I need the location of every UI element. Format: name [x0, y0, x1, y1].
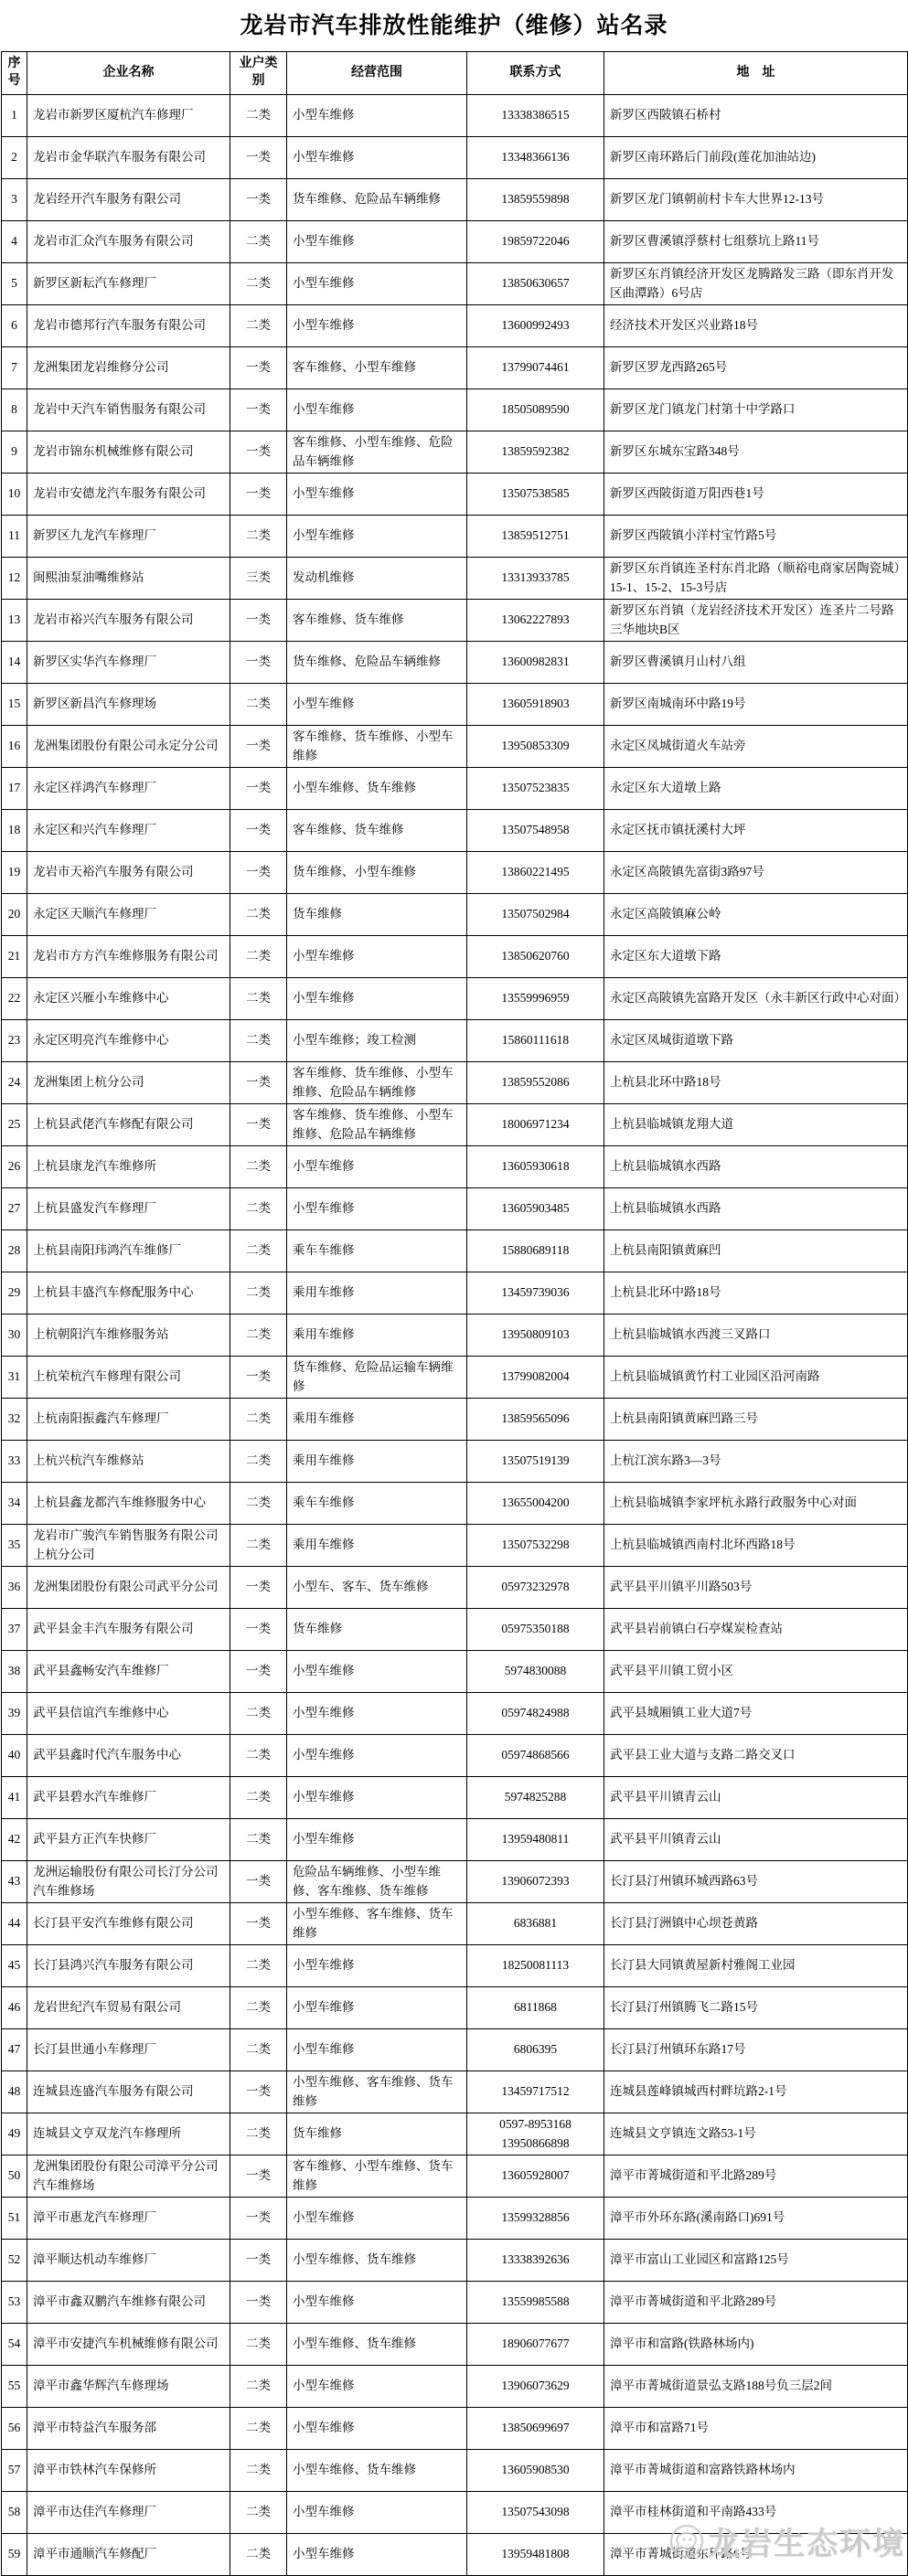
- cell-serial: 51: [2, 2198, 27, 2240]
- cell-contact: 19859722046: [467, 221, 604, 263]
- cell-company-name: 武平县金丰汽车服务有限公司: [27, 1609, 230, 1651]
- cell-address: 新罗区东肖镇（龙岩经济技术开发区）连圣片二号路三华地块B区: [604, 600, 908, 642]
- cell-address: 永定区高陂镇先富路开发区（永丰新区行政中心对面）: [604, 978, 908, 1020]
- cell-serial: 58: [2, 2492, 27, 2534]
- cell-serial: 20: [2, 894, 27, 936]
- table-row: 49连城县文亨双龙汽车修理所二类货车维修0597-8953168 1395086…: [2, 2113, 908, 2156]
- table-row: 50龙洲集团股份有限公司漳平分公司汽车维修场一类客车维修、小型车维修、货车维修1…: [2, 2156, 908, 2198]
- table-row: 3龙岩经开汽车服务有限公司一类货车维修、危险品车辆维修13859559898新罗…: [2, 179, 908, 221]
- cell-address: 武平县平川镇青云山: [604, 1819, 908, 1861]
- cell-address: 永定区高陂镇先富街3路97号: [604, 852, 908, 894]
- cell-address: 上杭县临城镇水西路: [604, 1146, 908, 1188]
- cell-category: 一类: [230, 431, 287, 474]
- cell-address: 上杭县临城镇西南村北环西路18号: [604, 1525, 908, 1567]
- cell-contact: 13507543098: [467, 2492, 604, 2534]
- cell-category: 二类: [230, 2029, 287, 2071]
- cell-serial: 5: [2, 263, 27, 305]
- cell-business-scope: 货车维修: [287, 1609, 467, 1651]
- cell-address: 新罗区南城南环中路19号: [604, 684, 908, 726]
- cell-category: 一类: [230, 726, 287, 768]
- cell-category: 二类: [230, 1441, 287, 1483]
- cell-address: 长汀县汀州镇环东路17号: [604, 2029, 908, 2071]
- table-row: 57漳平市铁林汽车保修所二类小型车维修、货车维修13605908530漳平市菁城…: [2, 2450, 908, 2492]
- cell-category: 一类: [230, 768, 287, 810]
- cell-category: 一类: [230, 474, 287, 516]
- table-row: 20永定区天顺汽车修理厂二类货车维修13507502984永定区高陂镇麻公岭: [2, 894, 908, 936]
- table-row: 31上杭荣杭汽车修理有限公司一类货车维修、危险品运输车辆维修1379908200…: [2, 1357, 908, 1399]
- cell-serial: 40: [2, 1735, 27, 1777]
- cell-business-scope: 小型车维修: [287, 137, 467, 179]
- cell-category: 二类: [230, 2534, 287, 2576]
- cell-company-name: 龙岩市金华联汽车服务有限公司: [27, 137, 230, 179]
- cell-category: 二类: [230, 1819, 287, 1861]
- cell-serial: 28: [2, 1230, 27, 1272]
- cell-company-name: 新罗区九龙汽车修理厂: [27, 516, 230, 558]
- cell-category: 二类: [230, 1987, 287, 2029]
- cell-category: 二类: [230, 684, 287, 726]
- cell-company-name: 龙岩市安德龙汽车服务有限公司: [27, 474, 230, 516]
- cell-business-scope: 小型车维修: [287, 389, 467, 431]
- table-row: 52漳平顺达机动车维修厂一类小型车维修、货车维修13338392636漳平市富山…: [2, 2240, 908, 2282]
- cell-business-scope: 货车维修、危险品车辆维修: [287, 642, 467, 684]
- cell-serial: 12: [2, 558, 27, 600]
- table-row: 12闽熙油泵油嘴维修站三类发动机维修13313933785新罗区东肖镇连圣村东肖…: [2, 558, 908, 600]
- table-row: 32上杭南阳振鑫汽车修理厂二类乘用车维修13859565096上杭县南阳镇黄麻凹…: [2, 1399, 908, 1441]
- cell-address: 永定区凤城街道火车站旁: [604, 726, 908, 768]
- cell-serial: 18: [2, 810, 27, 852]
- cell-contact: 13507538585: [467, 474, 604, 516]
- cell-company-name: 上杭荣杭汽车修理有限公司: [27, 1357, 230, 1399]
- stations-table: 序号 企业名称 业户类别 经营范围 联系方式 地 址 1龙岩市新罗区厦杭汽车修理…: [1, 51, 908, 2576]
- cell-address: 长汀县大同镇黄屋新村雅阁工业园: [604, 1945, 908, 1987]
- cell-company-name: 上杭县盛发汽车修理厂: [27, 1188, 230, 1230]
- cell-company-name: 上杭兴杭汽车维修站: [27, 1441, 230, 1483]
- table-row: 14新罗区实华汽车修理厂一类货车维修、危险品车辆维修13600982831新罗区…: [2, 642, 908, 684]
- cell-category: 二类: [230, 1146, 287, 1188]
- cell-company-name: 新罗区实华汽车修理厂: [27, 642, 230, 684]
- cell-business-scope: 客车维修、货车维修、小型车维修、危险品车辆维修: [287, 1062, 467, 1104]
- cell-company-name: 龙岩中天汽车销售服务有限公司: [27, 389, 230, 431]
- cell-business-scope: 客车维修、货车维修、小型车维修: [287, 726, 467, 768]
- cell-business-scope: 小型车维修: [287, 305, 467, 347]
- cell-contact: 13655004200: [467, 1483, 604, 1525]
- cell-company-name: 龙洲运输股份有限公司长汀分公司汽车维修场: [27, 1861, 230, 1903]
- cell-company-name: 漳平市通顺汽车修配厂: [27, 2534, 230, 2576]
- cell-serial: 41: [2, 1777, 27, 1819]
- cell-address: 上杭县临城镇水西渡三叉路口: [604, 1315, 908, 1357]
- cell-serial: 39: [2, 1693, 27, 1735]
- cell-address: 新罗区龙门镇龙门村第十中学路口: [604, 389, 908, 431]
- cell-contact: 13959480811: [467, 1819, 604, 1861]
- table-row: 51漳平市惠龙汽车修理厂一类小型车维修13599328856漳平市外环东路(溪南…: [2, 2198, 908, 2240]
- cell-address: 连城县莲峰镇城西村畔坑路2-1号: [604, 2071, 908, 2113]
- table-row: 18永定区和兴汽车修理厂一类客车维修、货车维修13507548958永定区抚市镇…: [2, 810, 908, 852]
- table-row: 48连城县连盛汽车服务有限公司一类小型车维修、客车维修、货车维修13459717…: [2, 2071, 908, 2113]
- cell-business-scope: 小型车维修: [287, 1735, 467, 1777]
- cell-contact: 13062227893: [467, 600, 604, 642]
- header-serial: 序号: [2, 52, 27, 95]
- cell-address: 新罗区南环路后门前段(莲花加油站边): [604, 137, 908, 179]
- cell-serial: 49: [2, 2113, 27, 2156]
- cell-contact: 13859552086: [467, 1062, 604, 1104]
- cell-serial: 9: [2, 431, 27, 474]
- cell-category: 二类: [230, 1945, 287, 1987]
- cell-address: 漳平市菁城街道东环路6号: [604, 2534, 908, 2576]
- cell-address: 永定区东大道墩下路: [604, 936, 908, 978]
- cell-category: 二类: [230, 1777, 287, 1819]
- cell-company-name: 武平县方正汽车快修厂: [27, 1819, 230, 1861]
- table-row: 36龙洲集团股份有限公司武平分公司一类小型车、客车、货车维修0597323297…: [2, 1567, 908, 1609]
- cell-address: 新罗区龙门镇朝前村卡车大世界12-13号: [604, 179, 908, 221]
- cell-address: 漳平市菁城街道和富路铁路林场内: [604, 2450, 908, 2492]
- cell-category: 一类: [230, 852, 287, 894]
- cell-serial: 55: [2, 2366, 27, 2408]
- cell-serial: 43: [2, 1861, 27, 1903]
- cell-serial: 57: [2, 2450, 27, 2492]
- cell-company-name: 上杭县康龙汽车维修所: [27, 1146, 230, 1188]
- cell-category: 一类: [230, 179, 287, 221]
- cell-company-name: 长汀县平安汽车维修有限公司: [27, 1903, 230, 1945]
- cell-serial: 31: [2, 1357, 27, 1399]
- cell-serial: 16: [2, 726, 27, 768]
- table-row: 30上杭朝阳汽车维修服务站二类乘用车维修13950809103上杭县临城镇水西渡…: [2, 1315, 908, 1357]
- cell-company-name: 永定区天顺汽车修理厂: [27, 894, 230, 936]
- cell-address: 漳平市外环东路(溪南路口)691号: [604, 2198, 908, 2240]
- cell-contact: 05973232978: [467, 1567, 604, 1609]
- cell-business-scope: 小型车维修: [287, 1987, 467, 2029]
- cell-category: 一类: [230, 642, 287, 684]
- table-row: 6龙岩市德邦行汽车服务有限公司二类小型车维修13600992493经济技术开发区…: [2, 305, 908, 347]
- cell-company-name: 龙岩市裕兴汽车服务有限公司: [27, 600, 230, 642]
- table-row: 43龙洲运输股份有限公司长汀分公司汽车维修场一类危险品车辆维修、小型车维修、客车…: [2, 1861, 908, 1903]
- table-row: 13龙岩市裕兴汽车服务有限公司一类客车维修、货车维修13062227893新罗区…: [2, 600, 908, 642]
- cell-address: 漳平市和富路71号: [604, 2408, 908, 2450]
- cell-business-scope: 小型车维修、客车维修、货车维修: [287, 2071, 467, 2113]
- cell-address: 新罗区西陂镇石桥村: [604, 95, 908, 137]
- table-row: 8龙岩中天汽车销售服务有限公司一类小型车维修18505089590新罗区龙门镇龙…: [2, 389, 908, 431]
- header-address: 地 址: [604, 52, 908, 95]
- cell-contact: 13459739036: [467, 1272, 604, 1315]
- cell-address: 漳平市菁城街道和平北路289号: [604, 2282, 908, 2324]
- cell-contact: 18250081113: [467, 1945, 604, 1987]
- cell-company-name: 龙岩市天裕汽车服务有限公司: [27, 852, 230, 894]
- cell-contact: 13950853309: [467, 726, 604, 768]
- cell-contact: 13959481808: [467, 2534, 604, 2576]
- cell-serial: 44: [2, 1903, 27, 1945]
- cell-company-name: 永定区兴雁小车维修中心: [27, 978, 230, 1020]
- cell-company-name: 连城县连盛汽车服务有限公司: [27, 2071, 230, 2113]
- cell-company-name: 漳平市特益汽车服务部: [27, 2408, 230, 2450]
- cell-contact: 13459717512: [467, 2071, 604, 2113]
- cell-category: 二类: [230, 1315, 287, 1357]
- cell-category: 一类: [230, 137, 287, 179]
- cell-address: 新罗区罗龙西路265号: [604, 347, 908, 389]
- cell-contact: 0597-8953168 13950866898: [467, 2113, 604, 2156]
- cell-company-name: 龙岩市方方汽车维修服务有限公司: [27, 936, 230, 978]
- table-row: 34上杭县鑫龙都汽车维修服务中心二类乘车车维修13655004200上杭县临城镇…: [2, 1483, 908, 1525]
- cell-address: 上杭县南阳镇黄麻凹: [604, 1230, 908, 1272]
- cell-serial: 46: [2, 1987, 27, 2029]
- cell-company-name: 漳平顺达机动车维修厂: [27, 2240, 230, 2282]
- table-row: 47长汀县世通小车修理厂二类小型车维修6806395长汀县汀州镇环东路17号: [2, 2029, 908, 2071]
- table-row: 19龙岩市天裕汽车服务有限公司一类货车维修、小型车维修13860221495永定…: [2, 852, 908, 894]
- cell-serial: 3: [2, 179, 27, 221]
- cell-company-name: 龙岩市广骏汽车销售服务有限公司上杭分公司: [27, 1525, 230, 1567]
- cell-category: 一类: [230, 1567, 287, 1609]
- cell-category: 二类: [230, 1230, 287, 1272]
- cell-serial: 30: [2, 1315, 27, 1357]
- cell-company-name: 漳平市安捷汽车机械维修有限公司: [27, 2324, 230, 2366]
- cell-business-scope: 小型车维修、货车维修: [287, 2324, 467, 2366]
- cell-address: 永定区凤城街道墩下路: [604, 1020, 908, 1062]
- cell-serial: 34: [2, 1483, 27, 1525]
- cell-serial: 23: [2, 1020, 27, 1062]
- table-row: 27上杭县盛发汽车修理厂二类小型车维修13605903485上杭县临城镇水西路: [2, 1188, 908, 1230]
- cell-business-scope: 小型车维修: [287, 1777, 467, 1819]
- cell-business-scope: 货车维修、危险品运输车辆维修: [287, 1357, 467, 1399]
- cell-business-scope: 小型车维修、货车维修: [287, 2450, 467, 2492]
- table-row: 59漳平市通顺汽车修配厂二类小型车维修13959481808漳平市菁城街道东环路…: [2, 2534, 908, 2576]
- cell-contact: 13507532298: [467, 1525, 604, 1567]
- cell-company-name: 龙岩经开汽车服务有限公司: [27, 179, 230, 221]
- cell-serial: 2: [2, 137, 27, 179]
- cell-business-scope: 发动机维修: [287, 558, 467, 600]
- cell-serial: 19: [2, 852, 27, 894]
- cell-category: 一类: [230, 600, 287, 642]
- cell-company-name: 漳平市鑫华辉汽车修理场: [27, 2366, 230, 2408]
- cell-company-name: 新罗区新耘汽车修理厂: [27, 263, 230, 305]
- cell-company-name: 上杭县南阳玮鸿汽车维修厂: [27, 1230, 230, 1272]
- cell-business-scope: 小型车维修: [287, 474, 467, 516]
- cell-business-scope: 小型车维修: [287, 684, 467, 726]
- cell-business-scope: 小型车维修: [287, 95, 467, 137]
- cell-company-name: 永定区和兴汽车修理厂: [27, 810, 230, 852]
- cell-business-scope: 小型车维修: [287, 2282, 467, 2324]
- cell-contact: 13859512751: [467, 516, 604, 558]
- cell-address: 连城县文亨镇连文路53-1号: [604, 2113, 908, 2156]
- cell-serial: 24: [2, 1062, 27, 1104]
- table-row: 2龙岩市金华联汽车服务有限公司一类小型车维修13348366136新罗区南环路后…: [2, 137, 908, 179]
- table-row: 17永定区祥鸿汽车修理厂一类小型车维修、货车维修13507523835永定区东大…: [2, 768, 908, 810]
- cell-category: 一类: [230, 1357, 287, 1399]
- cell-company-name: 漳平市鑫双鹏汽车维修有限公司: [27, 2282, 230, 2324]
- cell-category: 一类: [230, 2156, 287, 2198]
- cell-business-scope: 小型车维修；竣工检测: [287, 1020, 467, 1062]
- cell-category: 一类: [230, 1609, 287, 1651]
- cell-business-scope: 小型车维修: [287, 2408, 467, 2450]
- cell-serial: 36: [2, 1567, 27, 1609]
- cell-company-name: 龙岩市德邦行汽车服务有限公司: [27, 305, 230, 347]
- cell-company-name: 上杭县丰盛汽车修配服务中心: [27, 1272, 230, 1315]
- cell-company-name: 漳平市惠龙汽车修理厂: [27, 2198, 230, 2240]
- cell-address: 武平县平川镇平川路503号: [604, 1567, 908, 1609]
- cell-category: 一类: [230, 810, 287, 852]
- cell-address: 武平县平川镇青云山: [604, 1777, 908, 1819]
- cell-address: 上杭县临城镇龙翔大道: [604, 1104, 908, 1146]
- cell-serial: 35: [2, 1525, 27, 1567]
- cell-category: 二类: [230, 305, 287, 347]
- cell-contact: 13600982831: [467, 642, 604, 684]
- cell-category: 二类: [230, 2324, 287, 2366]
- table-row: 21龙岩市方方汽车维修服务有限公司二类小型车维修13850620760永定区东大…: [2, 936, 908, 978]
- table-row: 42武平县方正汽车快修厂二类小型车维修13959480811武平县平川镇青云山: [2, 1819, 908, 1861]
- cell-serial: 26: [2, 1146, 27, 1188]
- cell-serial: 7: [2, 347, 27, 389]
- cell-contact: 13850620760: [467, 936, 604, 978]
- table-row: 23永定区明亮汽车维修中心二类小型车维修；竣工检测15860111618永定区凤…: [2, 1020, 908, 1062]
- cell-address: 武平县工业大道与支路二路交叉口: [604, 1735, 908, 1777]
- cell-category: 二类: [230, 1272, 287, 1315]
- cell-business-scope: 乘用车维修: [287, 1315, 467, 1357]
- cell-address: 长汀县汀州镇环城西路63号: [604, 1861, 908, 1903]
- cell-serial: 13: [2, 600, 27, 642]
- cell-serial: 6: [2, 305, 27, 347]
- cell-business-scope: 乘车车维修: [287, 1483, 467, 1525]
- cell-business-scope: 乘用车维修: [287, 1525, 467, 1567]
- cell-business-scope: 小型车维修: [287, 936, 467, 978]
- cell-business-scope: 小型车维修、货车维修: [287, 2240, 467, 2282]
- cell-contact: 6811868: [467, 1987, 604, 2029]
- cell-company-name: 新罗区新昌汽车修理场: [27, 684, 230, 726]
- cell-serial: 33: [2, 1441, 27, 1483]
- table-row: 28上杭县南阳玮鸿汽车维修厂二类乘车车维修15880689118上杭县南阳镇黄麻…: [2, 1230, 908, 1272]
- cell-contact: 13860221495: [467, 852, 604, 894]
- cell-category: 一类: [230, 1104, 287, 1146]
- cell-category: 一类: [230, 2282, 287, 2324]
- table-row: 11新罗区九龙汽车修理厂二类小型车维修13859512751新罗区西陂镇小洋村宝…: [2, 516, 908, 558]
- cell-company-name: 上杭县武佬汽车修配有限公司: [27, 1104, 230, 1146]
- cell-contact: 6806395: [467, 2029, 604, 2071]
- cell-company-name: 上杭南阳振鑫汽车修理厂: [27, 1399, 230, 1441]
- table-row: 38武平县鑫畅安汽车维修厂一类小型车维修5974830088武平县平川镇工贸小区: [2, 1651, 908, 1693]
- cell-address: 经济技术开发区兴业路18号: [604, 305, 908, 347]
- cell-business-scope: 小型车维修: [287, 1651, 467, 1693]
- table-row: 44长汀县平安汽车维修有限公司一类小型车维修、客车维修、货车维修6836881长…: [2, 1903, 908, 1945]
- cell-contact: 13859592382: [467, 431, 604, 474]
- table-row: 26上杭县康龙汽车维修所二类小型车维修13605930618上杭县临城镇水西路: [2, 1146, 908, 1188]
- cell-category: 二类: [230, 2366, 287, 2408]
- cell-business-scope: 货车维修、危险品车辆维修: [287, 179, 467, 221]
- table-row: 24龙洲集团上杭分公司一类客车维修、货车维修、小型车维修、危险品车辆维修1385…: [2, 1062, 908, 1104]
- header-category: 业户类别: [230, 52, 287, 95]
- cell-category: 一类: [230, 1651, 287, 1693]
- cell-category: 二类: [230, 2492, 287, 2534]
- cell-serial: 11: [2, 516, 27, 558]
- cell-address: 漳平市菁城街道景弘支路188号负三层2间: [604, 2366, 908, 2408]
- cell-contact: 13559996959: [467, 978, 604, 1020]
- cell-business-scope: 客车维修、小型车维修、货车维修: [287, 2156, 467, 2198]
- cell-address: 漳平市和富路(铁路林场内): [604, 2324, 908, 2366]
- cell-address: 漳平市桂林街道和平南路433号: [604, 2492, 908, 2534]
- cell-company-name: 永定区明亮汽车维修中心: [27, 1020, 230, 1062]
- cell-company-name: 龙洲集团上杭分公司: [27, 1062, 230, 1104]
- table-row: 40武平县鑫时代汽车服务中心二类小型车维修05974868566武平县工业大道与…: [2, 1735, 908, 1777]
- cell-address: 上杭江滨东路3—3号: [604, 1441, 908, 1483]
- cell-contact: 13799074461: [467, 347, 604, 389]
- cell-company-name: 武平县鑫时代汽车服务中心: [27, 1735, 230, 1777]
- cell-contact: 13605928007: [467, 2156, 604, 2198]
- cell-contact: 13906073629: [467, 2366, 604, 2408]
- cell-contact: 13859565096: [467, 1399, 604, 1441]
- cell-serial: 47: [2, 2029, 27, 2071]
- cell-company-name: 武平县碧水汽车维修厂: [27, 1777, 230, 1819]
- cell-serial: 22: [2, 978, 27, 1020]
- table-row: 45长汀县鸿兴汽车服务有限公司二类小型车维修18250081113长汀县大同镇黄…: [2, 1945, 908, 1987]
- cell-serial: 59: [2, 2534, 27, 2576]
- cell-contact: 15860111618: [467, 1020, 604, 1062]
- cell-company-name: 龙洲集团龙岩维修分公司: [27, 347, 230, 389]
- cell-business-scope: 乘用车维修: [287, 1399, 467, 1441]
- cell-business-scope: 货车维修: [287, 2113, 467, 2156]
- cell-contact: 5974825288: [467, 1777, 604, 1819]
- cell-company-name: 武平县信谊汽车维修中心: [27, 1693, 230, 1735]
- header-contact: 联系方式: [467, 52, 604, 95]
- cell-company-name: 龙岩世纪汽车贸易有限公司: [27, 1987, 230, 2029]
- cell-address: 武平县平川镇工贸小区: [604, 1651, 908, 1693]
- cell-address: 新罗区东肖镇经济开发区龙腾路发三路（即东肖开发区曲潭路）6号店: [604, 263, 908, 305]
- cell-serial: 38: [2, 1651, 27, 1693]
- cell-business-scope: 危险品车辆维修、小型车维修、客车维修、货车维修: [287, 1861, 467, 1903]
- cell-company-name: 漳平市达佳汽车修理厂: [27, 2492, 230, 2534]
- cell-serial: 37: [2, 1609, 27, 1651]
- cell-address: 上杭县南阳镇黄麻凹路三号: [604, 1399, 908, 1441]
- cell-serial: 10: [2, 474, 27, 516]
- cell-category: 二类: [230, 2113, 287, 2156]
- cell-category: 一类: [230, 389, 287, 431]
- cell-contact: 13313933785: [467, 558, 604, 600]
- cell-category: 二类: [230, 221, 287, 263]
- cell-business-scope: 客车维修、小型车维修: [287, 347, 467, 389]
- cell-category: 二类: [230, 1188, 287, 1230]
- cell-company-name: 龙岩市新罗区厦杭汽车修理厂: [27, 95, 230, 137]
- cell-serial: 56: [2, 2408, 27, 2450]
- cell-serial: 17: [2, 768, 27, 810]
- cell-business-scope: 乘用车维修: [287, 1272, 467, 1315]
- cell-category: 二类: [230, 2450, 287, 2492]
- cell-address: 新罗区东肖镇连圣村东肖北路（顺裕电商家居陶瓷城）15-1、15-2、15-3号店: [604, 558, 908, 600]
- cell-contact: 13559985588: [467, 2282, 604, 2324]
- table-row: 54漳平市安捷汽车机械维修有限公司二类小型车维修、货车维修18906077677…: [2, 2324, 908, 2366]
- cell-contact: 13338386515: [467, 95, 604, 137]
- cell-contact: 13507523835: [467, 768, 604, 810]
- table-row: 29上杭县丰盛汽车修配服务中心二类乘用车维修13459739036上杭县北环中路…: [2, 1272, 908, 1315]
- cell-category: 一类: [230, 1861, 287, 1903]
- cell-company-name: 上杭县鑫龙都汽车维修服务中心: [27, 1483, 230, 1525]
- cell-business-scope: 客车维修、货车维修、小型车维修、危险品车辆维修: [287, 1104, 467, 1146]
- cell-contact: 13338392636: [467, 2240, 604, 2282]
- cell-address: 上杭县临城镇黄竹村工业园区沿河南路: [604, 1357, 908, 1399]
- table-header-row: 序号 企业名称 业户类别 经营范围 联系方式 地 址: [2, 52, 908, 95]
- table-body: 1龙岩市新罗区厦杭汽车修理厂二类小型车维修13338386515新罗区西陂镇石桥…: [2, 95, 908, 2576]
- table-row: 4龙岩市汇众汽车服务有限公司二类小型车维修19859722046新罗区曹溪镇浮蔡…: [2, 221, 908, 263]
- table-row: 22永定区兴雁小车维修中心二类小型车维修13559996959永定区高陂镇先富路…: [2, 978, 908, 1020]
- cell-address: 武平县城厢镇工业大道7号: [604, 1693, 908, 1735]
- cell-contact: 13605918903: [467, 684, 604, 726]
- cell-contact: 15880689118: [467, 1230, 604, 1272]
- cell-serial: 53: [2, 2282, 27, 2324]
- cell-category: 二类: [230, 2408, 287, 2450]
- cell-contact: 18006971234: [467, 1104, 604, 1146]
- cell-category: 二类: [230, 1399, 287, 1441]
- cell-serial: 50: [2, 2156, 27, 2198]
- cell-business-scope: 小型车维修: [287, 1188, 467, 1230]
- cell-category: 二类: [230, 95, 287, 137]
- cell-serial: 8: [2, 389, 27, 431]
- cell-serial: 52: [2, 2240, 27, 2282]
- cell-category: 二类: [230, 936, 287, 978]
- cell-contact: 18906077677: [467, 2324, 604, 2366]
- cell-contact: 05975350188: [467, 1609, 604, 1651]
